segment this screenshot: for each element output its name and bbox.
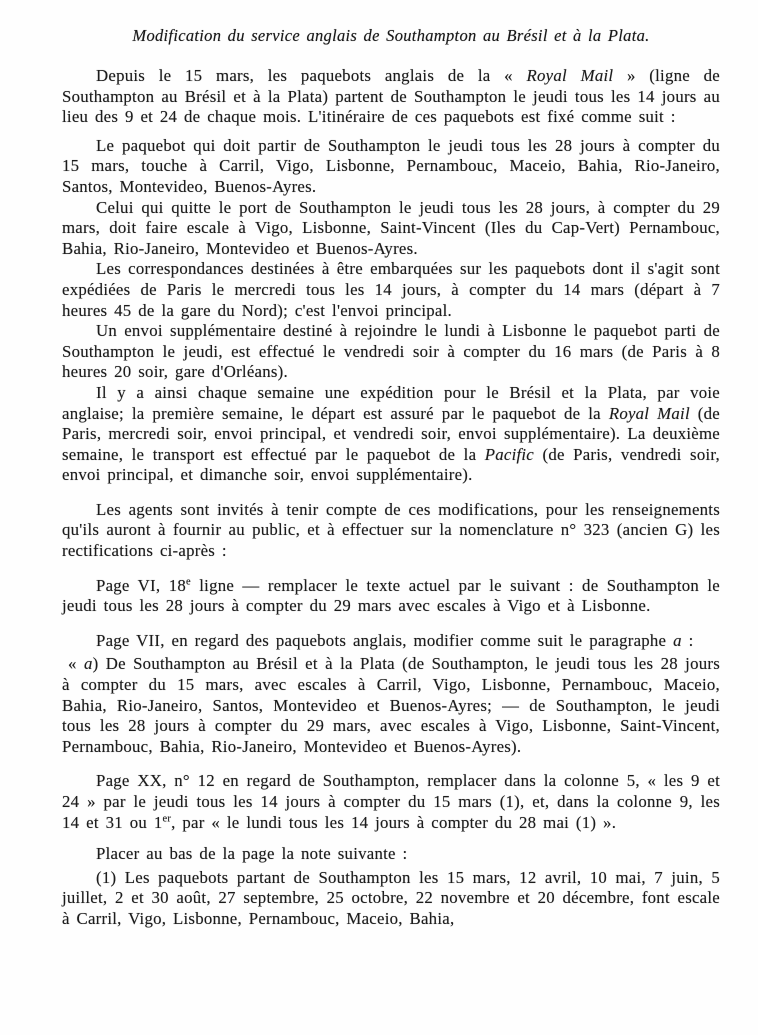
- paragraph-agents: Les agents sont invités à tenir compte d…: [62, 500, 720, 562]
- text-segment: Page VI, 18: [96, 576, 186, 595]
- text-segment: Un envoi supplémentaire destiné à rejoin…: [62, 321, 720, 381]
- text-segment: er: [162, 813, 171, 824]
- text-segment: Celui qui quitte le port de Southampton …: [62, 198, 720, 258]
- document-content: Modification du service anglais de South…: [0, 0, 758, 930]
- paragraph-page-vi: Page VI, 18e ligne — remplacer le texte …: [62, 576, 720, 617]
- paragraph-page-xx: Page XX, n° 12 en regard de Southampton,…: [62, 771, 720, 833]
- document-page: Modification du service anglais de South…: [0, 0, 758, 1035]
- paragraph-expedition-hebdomadaire: Il y a ainsi chaque semaine une expéditi…: [62, 383, 720, 486]
- text-segment: Les correspondances destinées à être emb…: [62, 259, 720, 319]
- text-segment: ) De Southampton au Brésil et à la Plata…: [62, 654, 720, 755]
- paragraph-note-intro: Placer au bas de la page la note suivant…: [62, 844, 720, 865]
- text-segment: Page VII, en regard des paquebots anglai…: [96, 631, 673, 650]
- text-segment: Le paquebot qui doit partir de Southampt…: [62, 136, 720, 196]
- paragraph-envoi-supplementaire: Un envoi supplémentaire destiné à rejoin…: [62, 321, 720, 383]
- paragraph-depuis-15-mars: Depuis le 15 mars, les paquebots anglais…: [62, 66, 720, 128]
- paragraph-paquebot-29-mars: Celui qui quitte le port de Southampton …: [62, 198, 720, 260]
- text-segment: Royal Mail: [609, 404, 690, 423]
- paragraph-page-vii: Page VII, en regard des paquebots anglai…: [62, 631, 720, 652]
- text-segment: Les agents sont invités à tenir compte d…: [62, 500, 720, 560]
- text-segment: «: [68, 654, 84, 673]
- paragraph-paquebot-15-mars: Le paquebot qui doit partir de Southampt…: [62, 136, 720, 198]
- text-segment: , par « le lundi tous les 14 jours à com…: [171, 813, 616, 832]
- text-segment: Depuis le 15 mars, les paquebots anglais…: [96, 66, 527, 85]
- text-segment: :: [682, 631, 694, 650]
- text-segment: a: [673, 631, 682, 650]
- text-segment: Pacific: [485, 445, 534, 464]
- paragraph-correspondances: Les correspondances destinées à être emb…: [62, 259, 720, 321]
- paragraph-alinea-a: « a) De Southampton au Brésil et à la Pl…: [62, 654, 720, 757]
- text-segment: (1) Les paquebots partant de Southampton…: [62, 868, 720, 928]
- text-segment: Royal Mail: [527, 66, 614, 85]
- document-title: Modification du service anglais de South…: [62, 26, 720, 46]
- footnote-1: (1) Les paquebots partant de Southampton…: [62, 868, 720, 930]
- text-segment: a: [84, 654, 93, 673]
- text-segment: Placer au bas de la page la note suivant…: [96, 844, 407, 863]
